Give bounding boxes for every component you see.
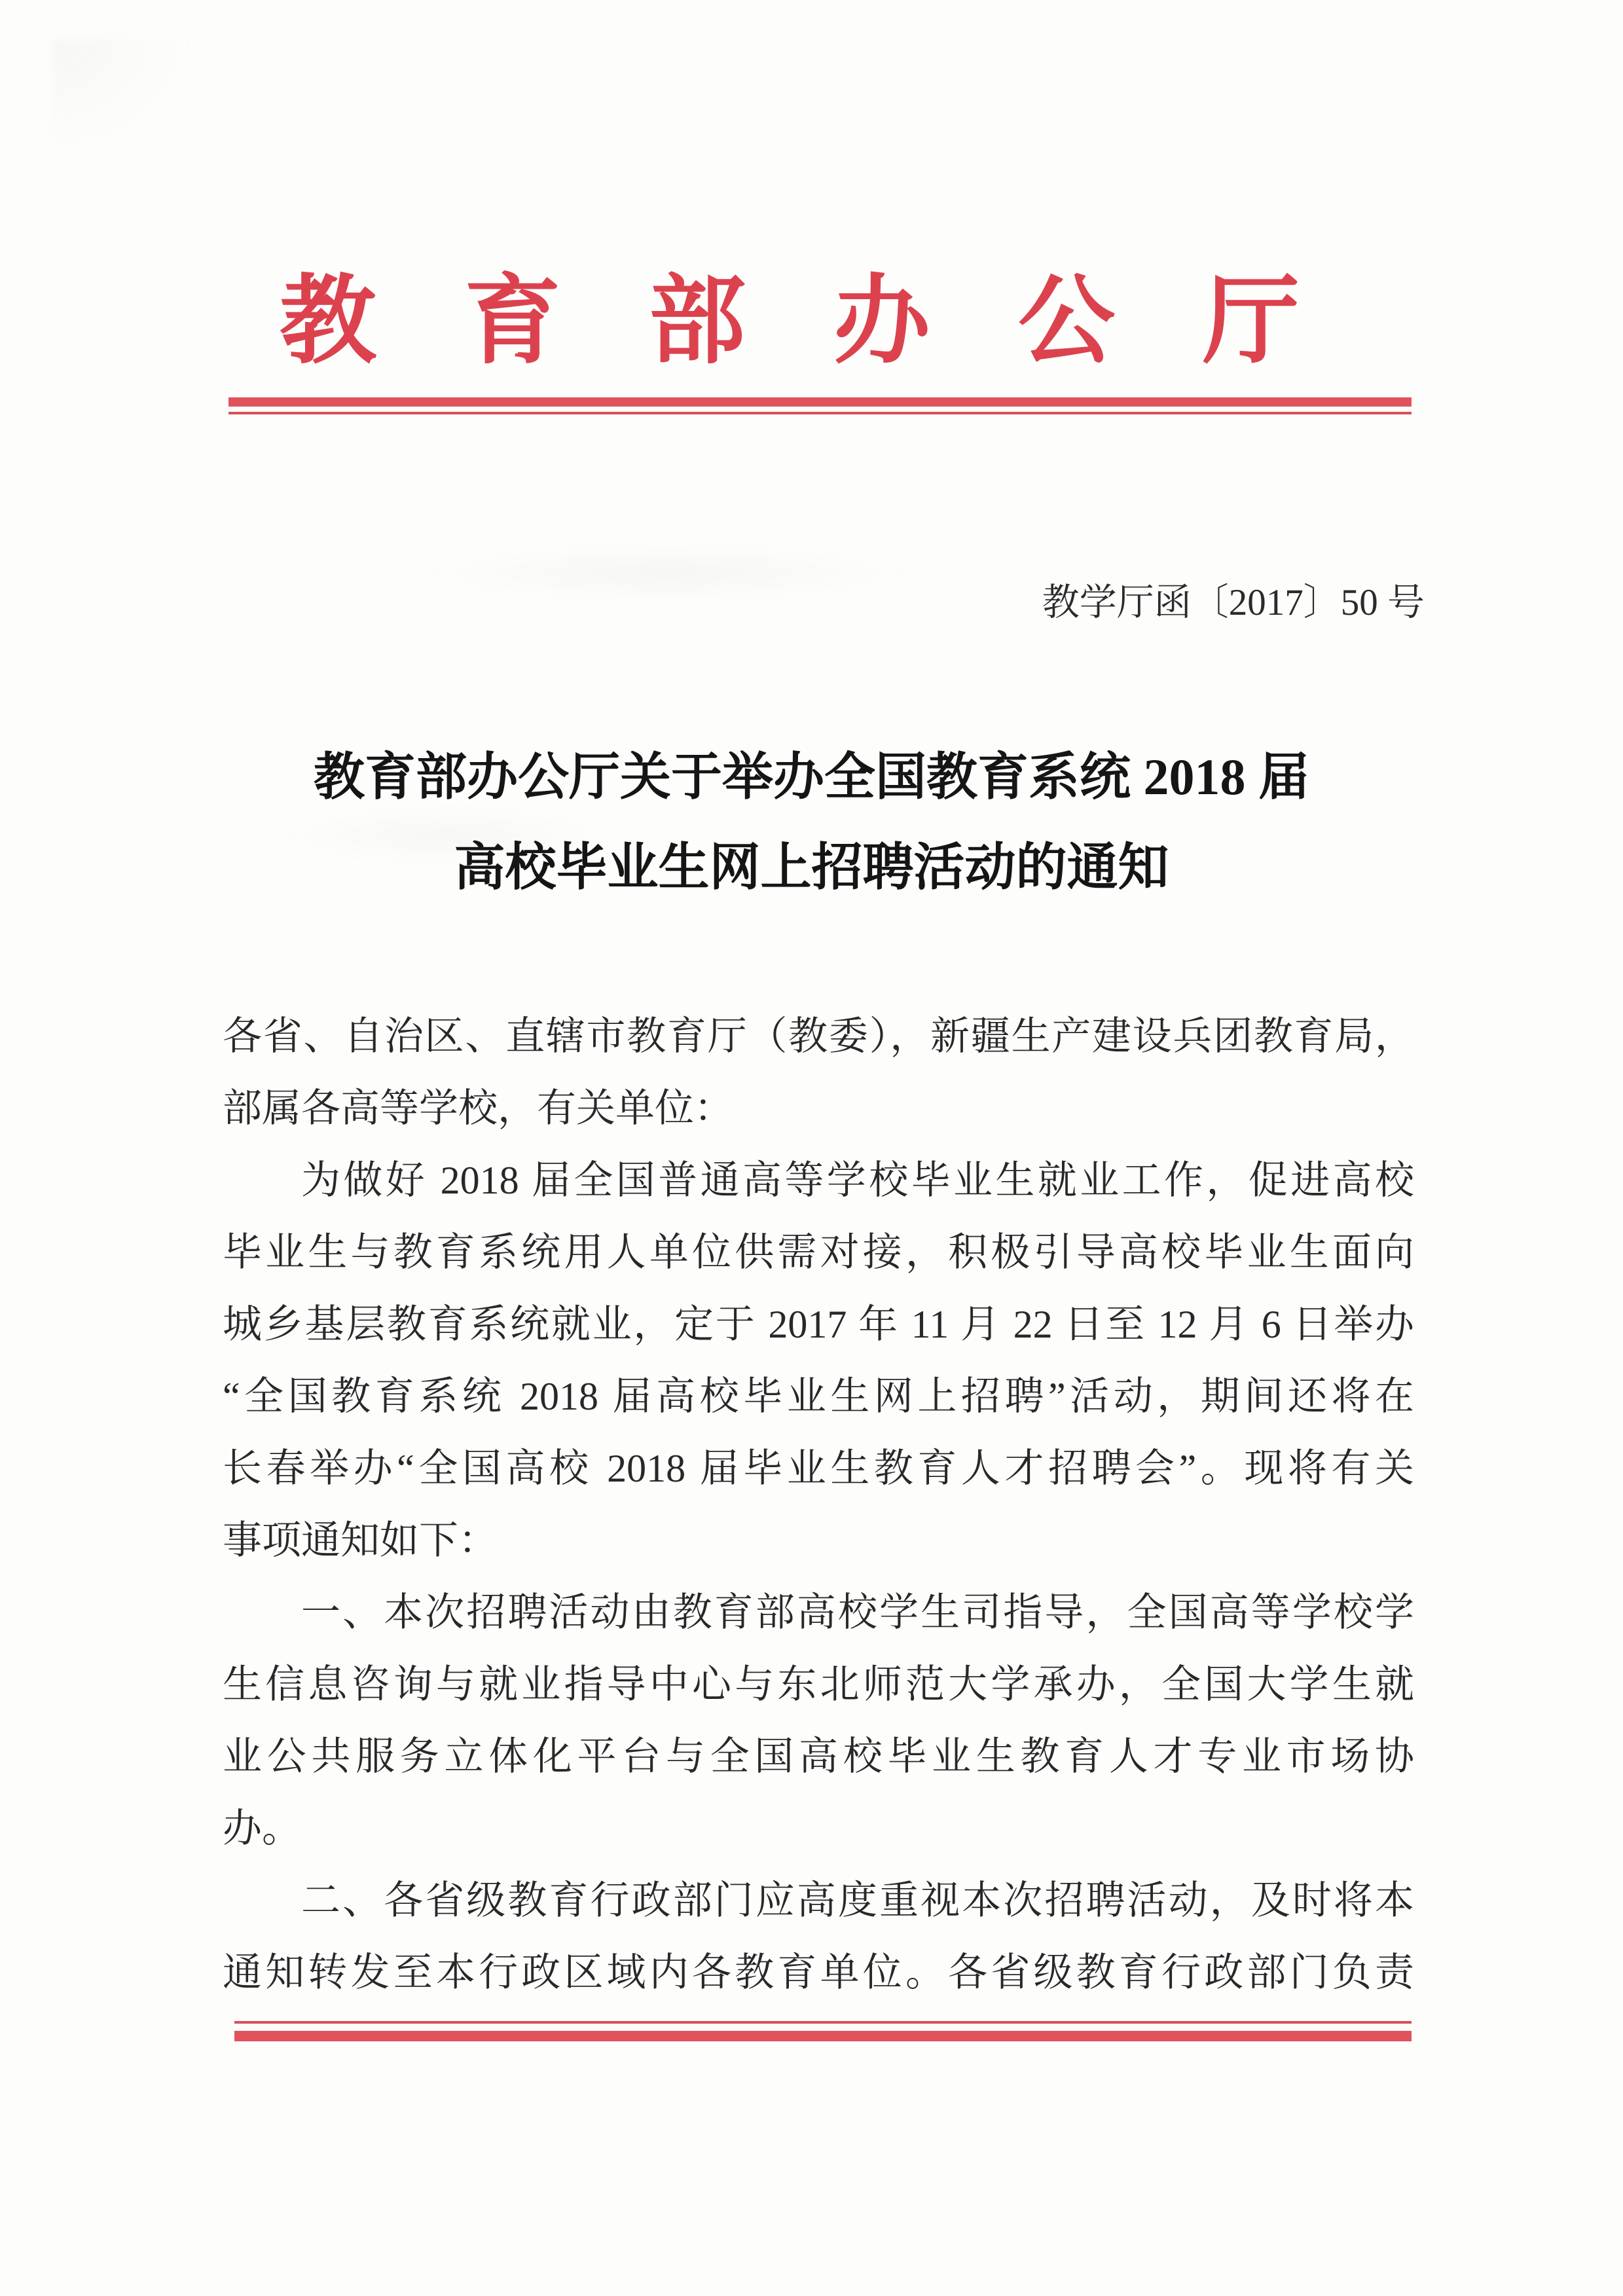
body-line: 办。 bbox=[223, 1793, 1414, 1865]
body-line: 各省、自治区、直辖市教育厅（教委），新疆生产建设兵团教育局， bbox=[223, 1000, 1414, 1072]
notice-title: 教育部办公厅关于举办全国教育系统 2018 届 高校毕业生网上招聘活动的通知 bbox=[0, 732, 1623, 913]
notice-title-line2: 高校毕业生网上招聘活动的通知 bbox=[0, 822, 1623, 913]
body-line: 部属各高等学校，有关单位： bbox=[223, 1072, 1414, 1144]
notice-body: 各省、自治区、直辖市教育厅（教委），新疆生产建设兵团教育局，部属各高等学校，有关… bbox=[223, 1000, 1414, 2009]
notice-title-line1: 教育部办公厅关于举办全国教育系统 2018 届 bbox=[0, 732, 1623, 822]
footer-rule-thick bbox=[234, 2031, 1412, 2041]
body-line: 毕业生与教育系统用人单位供需对接，积极引导高校毕业生面向 bbox=[223, 1216, 1414, 1288]
agency-letterhead: 教育部办公厅 bbox=[0, 244, 1623, 382]
body-line: 二、各省级教育行政部门应高度重视本次招聘活动，及时将本 bbox=[223, 1865, 1414, 1937]
body-line: 通知转发至本行政区域内各教育单位。各省级教育行政部门负责 bbox=[223, 1937, 1414, 2009]
document-number: 教学厅函〔2017〕50 号 bbox=[1042, 572, 1425, 626]
footer-rule-thin bbox=[234, 2021, 1412, 2024]
body-line: 城乡基层教育系统就业，定于 2017 年 11 月 22 日至 12 月 6 日… bbox=[223, 1288, 1414, 1360]
scanned-document-page: 教育部办公厅 教学厅函〔2017〕50 号 教育部办公厅关于举办全国教育系统 2… bbox=[0, 0, 1623, 2296]
body-line: 为做好 2018 届全国普通高等学校毕业生就业工作，促进高校 bbox=[223, 1144, 1414, 1216]
letterhead-rule-thin bbox=[228, 412, 1412, 414]
body-line: 长春举办“全国高校 2018 届毕业生教育人才招聘会”。现将有关 bbox=[223, 1432, 1414, 1504]
body-line: 业公共服务立体化平台与全国高校毕业生教育人才专业市场协 bbox=[223, 1721, 1414, 1793]
scan-smudge-artifact bbox=[52, 39, 196, 157]
body-line: 生信息咨询与就业指导中心与东北师范大学承办，全国大学生就 bbox=[223, 1649, 1414, 1721]
bleed-through-artifact bbox=[419, 543, 917, 602]
body-line: 一、本次招聘活动由教育部高校学生司指导，全国高等学校学 bbox=[223, 1576, 1414, 1649]
letterhead-rule-thick bbox=[228, 397, 1412, 407]
body-line: “全国教育系统 2018 届高校毕业生网上招聘”活动，期间还将在 bbox=[223, 1360, 1414, 1432]
body-line: 事项通知如下： bbox=[223, 1504, 1414, 1576]
